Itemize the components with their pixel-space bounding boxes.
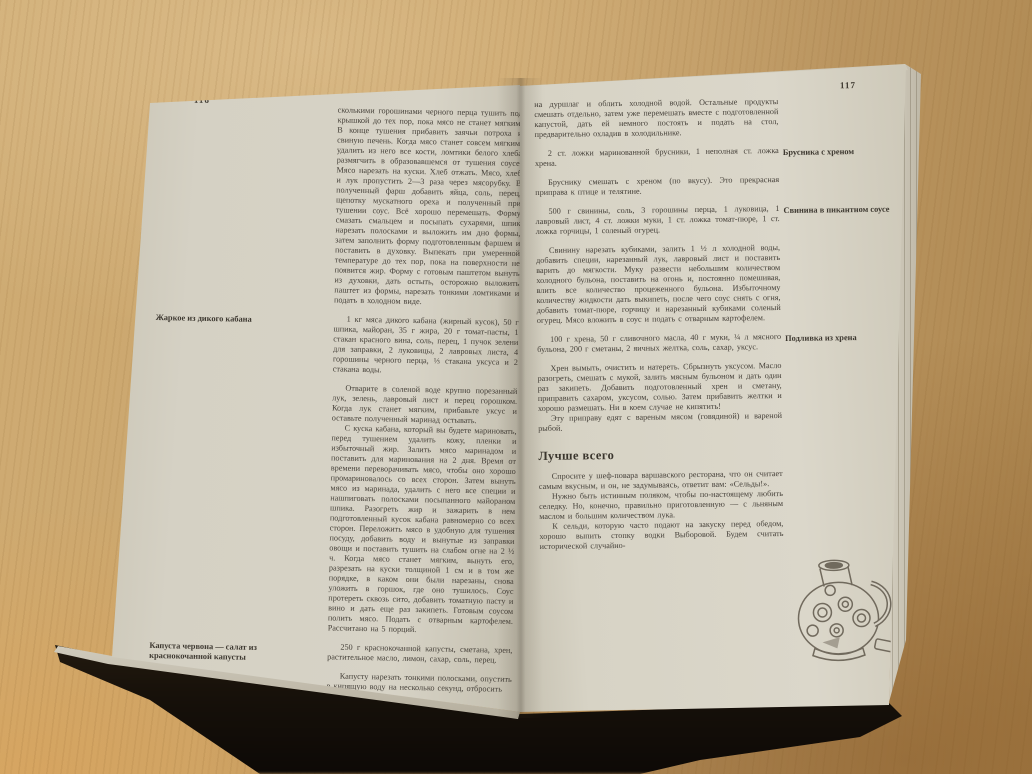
ingredients-text: 2 ст. ложки маринованной брусники, 1 неп… — [535, 146, 779, 169]
paragraph-text: С куска кабана, который вы будете марино… — [328, 423, 517, 637]
paragraph-text: сколькими горошинами черного перца тушит… — [334, 105, 523, 309]
margin-heading-red-cabbage-salad: Капуста червона — салат из краснокочанно… — [149, 641, 277, 663]
paragraph-horseradish-serving: Эту приправу едят с вареным мясом (говяд… — [538, 410, 900, 434]
paragraph-text: Нужно быть истинным поляком, чтобы по-на… — [539, 489, 783, 522]
paragraph-boar-method: С куска кабана, который вы будете марино… — [148, 420, 517, 637]
paragraph-text: К сельди, которую часто подают на закуск… — [539, 519, 783, 552]
jug-body — [798, 582, 879, 655]
left-page-content: 116 сколькими горошинами черного перца т… — [147, 94, 523, 695]
left-page: 116 сколькими горошинами черного перца т… — [100, 80, 520, 720]
section-heading-text: Лучше всего — [538, 445, 900, 464]
ingredients-text: 250 г краснокочанной капусты, сметана, х… — [327, 642, 512, 666]
book-gutter — [497, 78, 543, 718]
recipe-cabbage-ingredients: Капуста червона — салат из краснокочанно… — [147, 639, 512, 666]
paragraph-pate-continuation: сколькими горошинами черного перца тушит… — [154, 102, 523, 309]
recipe-boar-ingredients: Жаркое из дикого кабана 1 кг мяса дикого… — [153, 311, 519, 378]
recipe-pork-ingredients: Свинина в пикантном соусе 500 г свинины,… — [535, 203, 897, 237]
paragraph-text: Отварите в соленой воде крупно порезанны… — [332, 383, 518, 427]
margin-heading-boar-roast: Жаркое из дикого кабана — [156, 313, 284, 325]
right-page-content: 117 на дуршлаг и облить холодной водой. … — [534, 84, 902, 552]
paragraph-text: на дуршлаг и облить холодной водой. Оста… — [534, 97, 778, 140]
paragraph-herring-vodka: К сельди, которую часто подают на закуск… — [539, 518, 901, 552]
section-heading-best-of-all: Лучше всего — [538, 445, 900, 464]
paragraph-lingonberry-method: Бруснику смешать с хреном (по вкусу). Эт… — [535, 174, 897, 198]
recipe-horseradish-gravy-ingredients: Подливка из хрена 100 г хрена, 50 г слив… — [537, 331, 899, 355]
paragraph-marinade: Отварите в соленой воде крупно порезанны… — [152, 380, 518, 427]
margin-heading-lingonberry-horseradish: Брусника с хреном — [783, 147, 895, 158]
paragraph-text: Хрен вымыть, очистить и натереть. Сбрызн… — [537, 361, 782, 414]
paragraph-cabbage-continuation: на дуршлаг и облить холодной водой. Оста… — [534, 96, 896, 140]
margin-heading-pork-piquant-sauce: Свинина в пикантном соусе — [783, 205, 895, 216]
page-number-right: 117 — [840, 80, 856, 90]
paragraph-herring-pole: Нужно быть истинным поляком, чтобы по-на… — [539, 488, 901, 522]
right-page: 117 на дуршлаг и облить холодной водой. … — [520, 60, 912, 716]
margin-heading-horseradish-gravy: Подливка из хрена — [785, 333, 897, 344]
ingredients-text: 1 кг мяса дикого кабана (жирный кусок), … — [333, 314, 519, 378]
photo-of-open-cookbook: 116 сколькими горошинами черного перца т… — [0, 0, 1032, 774]
paragraph-text: Эту приправу едят с вареным мясом (говяд… — [538, 411, 782, 434]
paragraph-pork-method: Свинину нарезать кубиками, залить 1 ½ л … — [536, 242, 899, 326]
recipe-lingonberry-ingredients: Брусника с хреном 2 ст. ложки маринованн… — [535, 145, 897, 169]
paragraph-text: Бруснику смешать с хреном (по вкусу). Эт… — [535, 175, 779, 198]
ingredients-text: 100 г хрена, 50 г сливочного масла, 40 г… — [537, 332, 781, 355]
paragraph-horseradish-method: Хрен вымыть, очистить и натереть. Сбрызн… — [537, 360, 900, 414]
paragraph-text: Свинину нарезать кубиками, залить 1 ½ л … — [536, 243, 781, 326]
ingredients-text: 500 г свинины, соль, 3 горошины перца, 1… — [535, 204, 779, 237]
